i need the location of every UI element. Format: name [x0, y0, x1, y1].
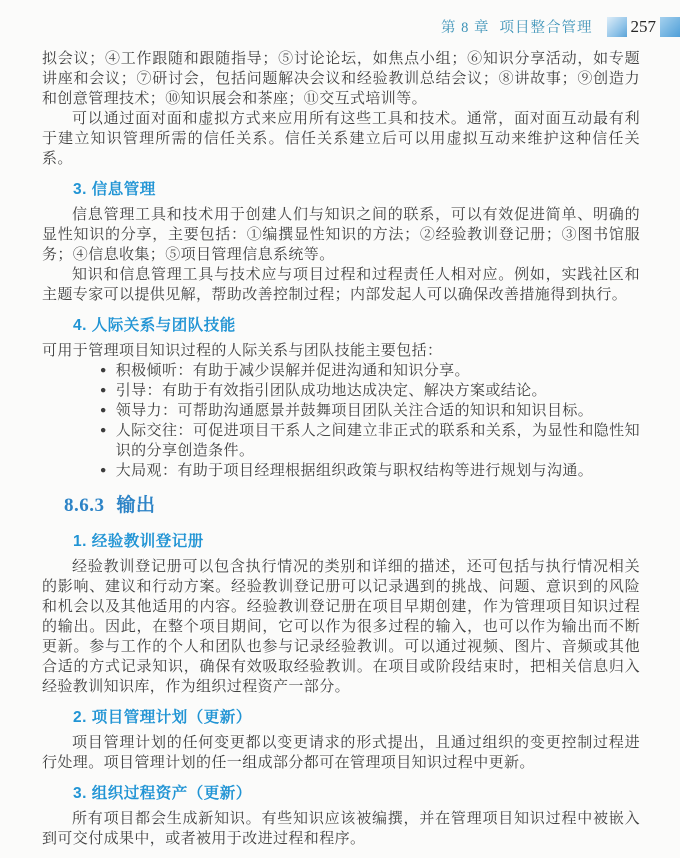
bullet-icon: ●	[100, 461, 107, 481]
list-item-text: 领导力：可帮助沟通愿景并鼓舞项目团队关注合适的知识和知识目标。	[116, 401, 640, 421]
paragraph-project-management-plan: 项目管理计划的任何变更都以变更请求的形式提出，且通过组织的变更控制过程进行处理。…	[42, 733, 640, 773]
interpersonal-skills-list: ● 积极倾听：有助于减少误解并促进沟通和知识分享。 ● 引导：有助于有效指引团队…	[42, 361, 640, 481]
list-item-text: 积极倾听：有助于减少误解并促进沟通和知识分享。	[116, 361, 640, 381]
list-item-leadership: ● 领导力：可帮助沟通愿景并鼓舞项目团队关注合适的知识和知识目标。	[100, 401, 640, 421]
heading-interpersonal-team-skills: 4. 人际关系与团队技能	[73, 315, 640, 336]
paragraph-information-management-2: 知识和信息管理工具与技术应与项目过程和过程责任人相对应。例如，实践社区和主题专家…	[42, 265, 640, 305]
list-item-text: 大局观：有助于项目经理根据组织政策与职权结构等进行规划与沟通。	[116, 461, 640, 481]
section-number: 8.6.3	[64, 495, 105, 516]
bullet-icon: ●	[100, 421, 107, 441]
section-title: 输出	[117, 495, 156, 516]
page-number: 257	[631, 17, 657, 37]
bullet-icon: ●	[100, 381, 107, 401]
paragraph-interpersonal-lead: 可用于管理项目知识过程的人际关系与团队技能主要包括：	[42, 341, 640, 361]
bullet-icon: ●	[100, 361, 107, 381]
list-item-political-awareness: ● 大局观：有助于项目经理根据组织政策与职权结构等进行规划与沟通。	[100, 461, 640, 481]
heading-information-management: 3. 信息管理	[73, 179, 640, 200]
paragraph-tools-techniques-continued: 拟会议；④工作跟随和跟随指导；⑤讨论论坛，如焦点小组；⑥知识分享活动，如专题讲座…	[42, 49, 640, 109]
heading-lessons-learned-register: 1. 经验教训登记册	[73, 531, 640, 552]
header-accent-square-right	[660, 17, 680, 37]
paragraph-information-management-1: 信息管理工具和技术用于创建人们与知识之间的联系，可以有效促进简单、明确的显性知识…	[42, 205, 640, 265]
header-accent-square-left	[607, 17, 627, 37]
list-item-facilitation: ● 引导：有助于有效指引团队成功地达成决定、解决方案或结论。	[100, 381, 640, 401]
paragraph-organizational-process-assets: 所有项目都会生成新知识。有些知识应该被编撰，并在管理项目知识过程中被嵌入到可交付…	[42, 809, 640, 849]
page-header: 第 8 章项目整合管理 257	[0, 0, 680, 37]
list-item-active-listening: ● 积极倾听：有助于减少误解并促进沟通和知识分享。	[100, 361, 640, 381]
heading-outputs: 8.6.3输出	[64, 493, 640, 519]
list-item-text: 人际交往：可促进项目干系人之间建立非正式的联系和关系，为显性和隐性知识的分享创造…	[116, 421, 640, 461]
list-item-text: 引导：有助于有效指引团队成功地达成决定、解决方案或结论。	[116, 381, 640, 401]
chapter-number: 第 8 章	[441, 20, 490, 36]
heading-project-management-plan-updates: 2. 项目管理计划（更新）	[73, 707, 640, 728]
list-item-networking: ● 人际交往：可促进项目干系人之间建立非正式的联系和关系，为显性和隐性知识的分享…	[100, 421, 640, 461]
paragraph-face-to-face: 可以通过面对面和虚拟方式来应用所有这些工具和技术。通常，面对面互动最有利于建立知…	[42, 109, 640, 169]
bullet-icon: ●	[100, 401, 107, 421]
page-content: 拟会议；④工作跟随和跟随指导；⑤讨论论坛，如焦点小组；⑥知识分享活动，如专题讲座…	[0, 37, 680, 849]
chapter-title: 项目整合管理	[500, 20, 593, 36]
paragraph-lessons-learned: 经验教训登记册可以包含执行情况的类别和详细的描述，还可包括与执行情况相关的影响、…	[42, 557, 640, 697]
book-page: 第 8 章项目整合管理 257 拟会议；④工作跟随和跟随指导；⑤讨论论坛，如焦点…	[0, 0, 680, 858]
chapter-heading: 第 8 章项目整合管理	[441, 16, 593, 37]
heading-organizational-process-assets-updates: 3. 组织过程资产（更新）	[73, 783, 640, 804]
